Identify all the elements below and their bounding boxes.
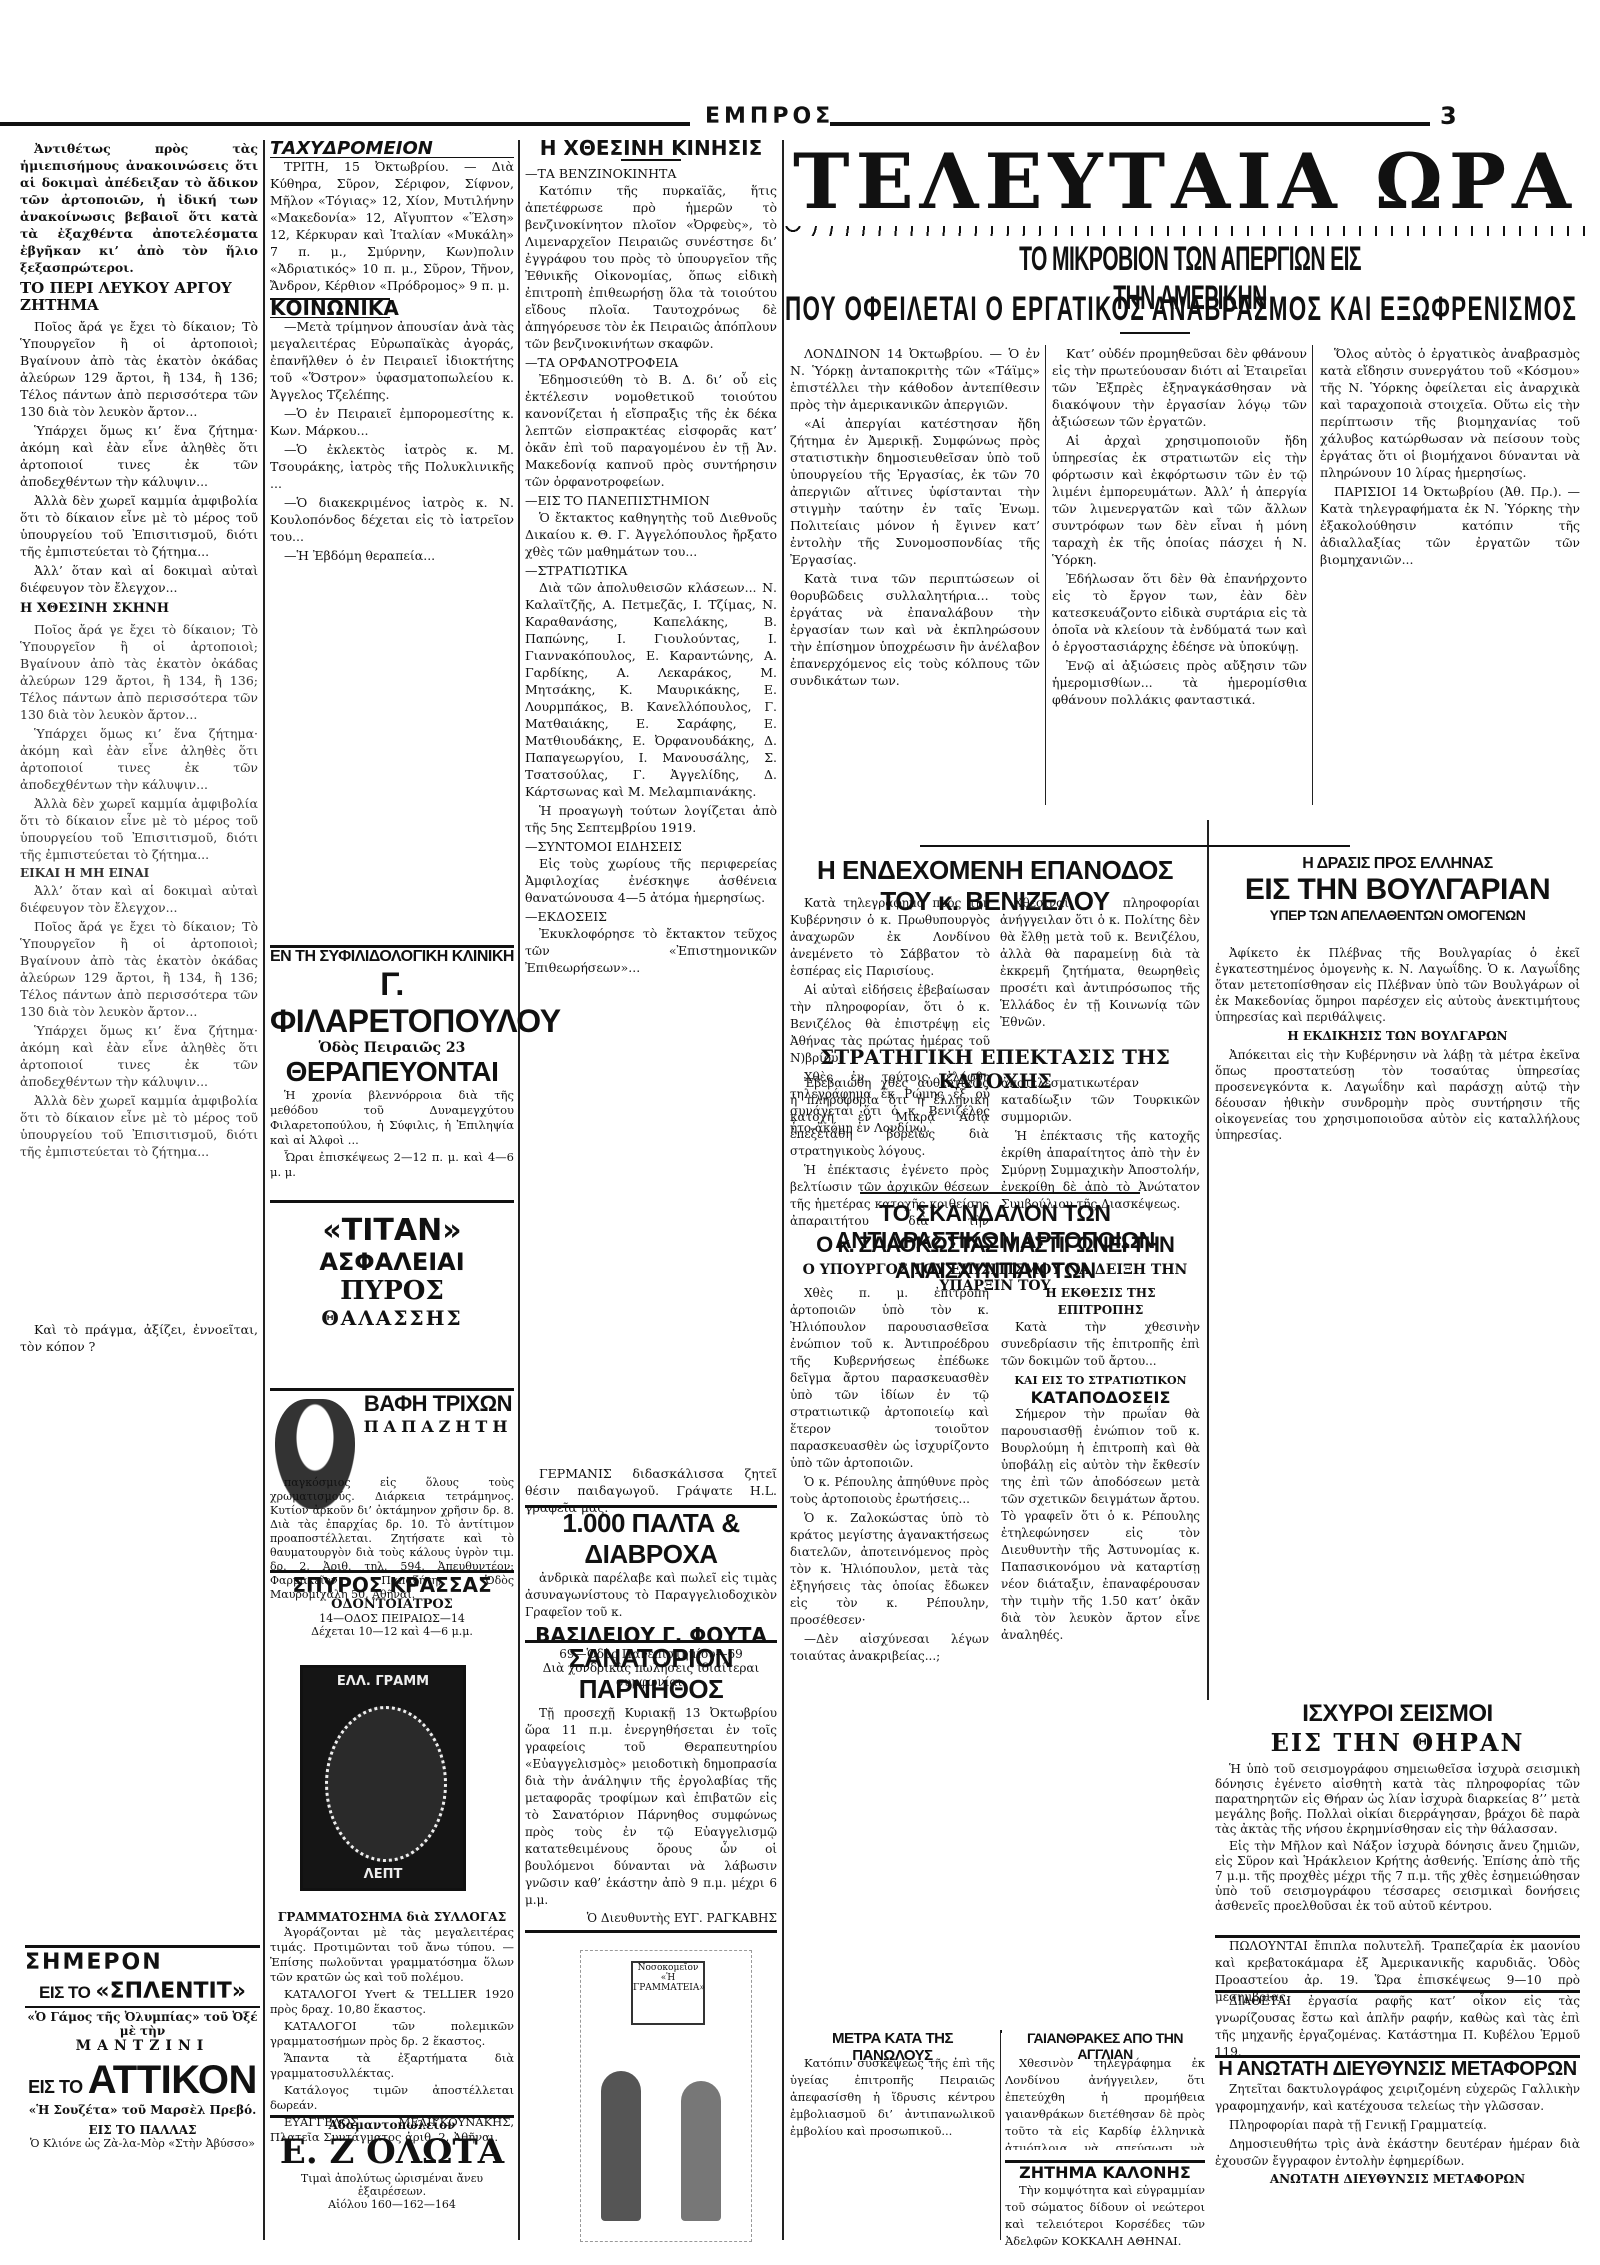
scandal-body: Χθὲς π. μ. ἐπιτροπὴ ἀρτοποιῶν ὑπὸ τὸν κ.… — [790, 1285, 1200, 1825]
corset-headline: ΖΗΤΗΜΑ ΚΑΛΟΝΗΣ — [1005, 2163, 1205, 2182]
closing-line: Καὶ τὸ πράγμα, ἀξίζει, ἐννοεῖται, τὸν κό… — [20, 1321, 258, 1355]
news-item: —ΣΤΡΑΤΙΩΤΙΚΑΔιὰ τῶν ἀπολυθεισῶν κλάσεων.… — [525, 562, 777, 836]
body-paragraph: Ἀλλ’ ὅταν καὶ αἱ δοκιμαὶ αὐταὶ διέφευγον… — [20, 562, 258, 596]
earthquake-headline: ΙΣΧΥΡΟΙ ΣΕΙΣΜΟΙ — [1215, 1700, 1580, 1728]
side-headline-misc: ΕΙΚΑΙ Η ΜΗ ΕΙΝΑΙ — [20, 865, 258, 882]
pallas-cinema: ΕΙΣ ΤΟ ΠΑΛΛΑΣ — [25, 2123, 260, 2137]
page-number: 3 — [1440, 102, 1457, 130]
newspaper-title: ΕΜΠΡΟΣ — [705, 104, 834, 129]
left-body-filler: Ποῖος ἄρά γε ἔχει τὸ δίκαιον; Τὸ Ὑπουργε… — [20, 621, 258, 1321]
attikon-ad: ΕΙΣ ΤΟ ΑΤΤΙΚΟΝ — [25, 2058, 260, 2103]
film-title: «Ὁ Γάμος τῆς Ὀλυμπίας» τοῦ Ὀξέ μὲ τὴν — [25, 2006, 260, 2038]
ornament-divider — [920, 845, 1350, 847]
news-item: —ΕΙΣ ΤΟ ΠΑΝΕΠΙΣΤΗΜΙΟΝὉ ἔκτακτος καθηγητὴ… — [525, 492, 777, 560]
jeweler-name: Ε. Ζ ΟΛΩΤΑ — [270, 2132, 514, 2172]
side-headline-scene: Η ΧΘΕΣΙΝΗ ΣΚΗΝΗ — [20, 600, 258, 617]
body-paragraph: Ποῖος ἄρά γε ἔχει τὸ δίκαιον; Τὸ Ὑπουργε… — [20, 318, 258, 420]
coats-title: 1.000 ΠΑΛΤΑ & ΔΙΑΒΡΟΧΑ — [525, 1508, 777, 1570]
corset-ad: ΖΗΤΗΜΑ ΚΑΛΟΝΗΣ Τὴν κομψότητα καὶ εὐγραμμ… — [1005, 2160, 1205, 2252]
hermes-head-icon — [325, 1706, 447, 1862]
post-office-heading: ΤΑΧΥΔΡΟΜΕΙΟΝ — [270, 140, 514, 158]
dentist-name: ΣΠΥΡΟΣ ΚΡΑΣΣΑΣ — [270, 1573, 514, 1597]
sanatorium-ad: ΣΑΝΑΤΟΡΙΟΝ ΠΑΡΝΗΘΟΣ Τῇ προσεχῇ Κυριακῇ 1… — [525, 1640, 777, 1925]
intro-paragraph: Ἀντιθέτως πρὸς τὰς ἡμιεπισήμους ἀνακοινώ… — [20, 140, 258, 276]
sanatorium-title: ΣΑΝΑΤΟΡΙΟΝ ΠΑΡΝΗΘΟΣ — [525, 1643, 777, 1705]
clinic-hours: Ὧραι ἐπισκέψεως 2—12 π. μ. καὶ 4—6 μ. μ. — [270, 1150, 514, 1180]
stamps-collector-ad: ΓΡΑΜΜΑΤΟΣΗΜΑ διὰ ΣΥΛΛΟΓΑΣ Ἀγοράζονται μὲ… — [270, 1910, 514, 2147]
last-hour-title: ΤΕΛΕΥΤΑΙΑ ΩΡΑ — [785, 140, 1585, 224]
hair-dye-title: ΒΑΦΗ ΤΡΙΧΩΝ — [362, 1391, 514, 1417]
cinema-ads: ΣΗΜΕΡΟΝ ΕΙΣ ΤΟ «ΣΠΛΕΝΤΙΤ» «Ὁ Γάμος τῆς Ὀ… — [25, 1950, 260, 2150]
post-office-schedule: ΤΡΙΤΗ, 15 Ὀκτωβρίου. — Διὰ Κύθηρα, Σῦρον… — [270, 158, 514, 294]
news-item: —ΤΑ ΟΡΦΑΝΟΤΡΟΦΕΙΑἘδημοσιεύθη τὸ Β. Δ. δι… — [525, 354, 777, 490]
column-divider — [1207, 820, 1209, 1700]
center-column: Η ΧΘΕΣΙΝΗ ΚΙΝΗΣΙΣ —ΤΑ ΒΕΝΖΙΝΟΚΙΝΗΤΑΚατόπ… — [525, 140, 777, 978]
hair-dye-brand: ΠΑΠΑΖΗΤΗ — [362, 1417, 514, 1436]
yesterday-activity-heading: Η ΧΘΕΣΙΝΗ ΚΙΝΗΣΙΣ — [525, 140, 777, 157]
news-item: —ΕΚΔΟΣΕΙΣἘκυκλοφόρησε τὸ ἔκτακτον τεῦχος… — [525, 908, 777, 976]
plague-body: Κατόπιν συσκέψεως τῆς ἐπὶ τῆς ὑγείας ἐπι… — [790, 2055, 995, 2235]
dentist-title: ΟΔΟΝΤΟΙΑΤΡΟΣ — [270, 1597, 514, 1612]
front-column-3: Ὅλος αὐτὸς ὁ ἐργατικὸς ἀναβρασμὸς κατὰ ε… — [1320, 345, 1580, 570]
left-column: Ἀντιθέτως πρὸς τὰς ἡμιεπισήμους ἀνακοινώ… — [20, 140, 258, 1357]
body-paragraph: Ὑπάρχει ὅμως κι’ ἕνα ζήτημα· ἀκόμη καὶ ἐ… — [20, 422, 258, 490]
earthquake-article: ΙΣΧΥΡΟΙ ΣΕΙΣΜΟΙ ΕΙΣ ΤΗΝ ΘΗΡΑΝ — [1215, 1700, 1580, 1757]
clinic-doctor: Γ. ΦΙΛΑΡΕΤΟΠΟΥΛΟΥ — [270, 966, 514, 1040]
column-divider — [263, 140, 265, 2240]
clinic-text: Ἡ χρονία βλεννόρροια διὰ τῆς μεθόδου τοῦ… — [270, 1088, 514, 1148]
social-item: —Μετὰ τρίμηνον ἀπουσίαν ἀνὰ τὰς μεγαλειτ… — [270, 318, 514, 403]
dentist-ad: ΣΠΥΡΟΣ ΚΡΑΣΣΑΣ ΟΔΟΝΤΟΙΑΤΡΟΣ 14—ΟΔΟΣ ΠΕΙΡ… — [270, 1570, 514, 1638]
jeweler-ad: Ἀδαμαντοπωλεῖον Ε. Ζ ΟΛΩΤΑ Τιμαὶ ἀπολύτω… — [270, 2115, 514, 2211]
front-column-1: ΛΟΝΔΙΝΟΝ 14 Ὀκτωβρίου. — Ὁ ἐν Ν. Ὑόρκῃ ἀ… — [790, 345, 1040, 691]
bulgaria-headline: ΕΙΣ ΤΗΝ ΒΟΥΛΓΑΡΙΑΝ — [1215, 873, 1580, 907]
earthquake-subheadline: ΕΙΣ ΤΗΝ ΘΗΡΑΝ — [1215, 1728, 1580, 1757]
divider — [25, 1945, 260, 1948]
divider — [525, 1930, 777, 1933]
classified-ad: ΔΙΑΘΕΤΑΙ ἐργασία ραφῆς κατ’ οἶκον εἰς τὰ… — [1215, 1990, 1580, 2063]
attikon-cinema: ΑΤΤΙΚΟΝ — [88, 2058, 257, 2102]
titan-insurance-ad: «ΤΙΤΑΝ» ΑΣΦΑΛΕΙΑΙ ΠΥΡΟΣ ΘΑΛΑΣΣΗΣ — [270, 1200, 514, 1330]
social-item: —Ἡ Ἐβδόμη θεραπεία... — [270, 547, 514, 564]
bulgaria-body: Ἀφίκετο ἐκ Πλέβνας τῆς Βουλγαρίας ὁ ἐκεῖ… — [1215, 945, 1580, 1145]
transport-headline: Η ΑΝΩΤΑΤΗ ΔΙΕΥΘΥΝΣΙΣ ΜΕΤΑΦΟΡΩΝ — [1215, 2058, 1580, 2081]
masthead-rule-left — [0, 122, 690, 126]
cartoon-sign: Νοσοκομεῖον «Ἡ ΓΡΑΜΜΑΤΕΙΑ» — [631, 1961, 705, 2025]
dentist-address: 14—ΟΔΟΣ ΠΕΙΡΑΙΩΣ—14 — [270, 1612, 514, 1625]
clinic-ad: ΕΝ ΤΗ ΣΥΦΙΛΙΔΟΛΟΓΙΚΗ ΚΛΙΝΙΚΗ Γ. ΦΙΛΑΡΕΤΟ… — [270, 945, 514, 1182]
coal-body: Χθεσινὸν τηλεγράφημα ἐκ Λονδίνου ἀνήγγει… — [1005, 2055, 1205, 2150]
clinic-address: Ὁδὸς Πειραιῶς 23 — [270, 1040, 514, 1056]
front-column-2: Κατ’ οὐδέν προμηθεῦσαι δὲν φθάνουν εἰς τ… — [1052, 345, 1307, 710]
column-divider — [782, 140, 784, 2240]
side-headline-bread: ΤΟ ΠΕΡΙ ΛΕΥΚΟΥ ΑΡΓΟΥ ΖΗΤΗΜΑ — [20, 280, 258, 314]
titan-name: «ΤΙΤΑΝ» — [270, 1213, 514, 1248]
social-item: —Ὁ διακεκριμένος ἰατρὸς κ. Ν. Κουλοπόνδο… — [270, 494, 514, 545]
cartoon-illustration: Νοσοκομεῖον «Ἡ ΓΡΑΜΜΑΤΕΙΑ» — [580, 1950, 752, 2242]
news-item: —ΣΥΝΤΟΜΟΙ ΕΙΔΗΣΕΙΣΕἰς τοὺς χωρίους τῆς π… — [525, 838, 777, 906]
news-item: —ΤΑ ΒΕΝΖΙΝΟΚΙΝΗΤΑΚατόπιν τῆς πυρκαϊᾶς, ἥ… — [525, 165, 777, 352]
clinic-heading: ΕΝ ΤΗ ΣΥΦΙΛΙΔΟΛΟΓΙΚΗ ΚΛΙΝΙΚΗ — [270, 948, 514, 966]
masthead-rule-right — [830, 122, 1430, 126]
social-item: —Ὁ ἐκλεκτὸς ἰατρὸς κ. Μ. Τσουράκης, ἰατρ… — [270, 441, 514, 492]
film-title: Ὁ Κλιόνε ὡς Ζὰ-λα-Μὸρ «Στὴν Ἀβύσσο» — [25, 2137, 260, 2150]
splendid-ad: ΕΙΣ ΤΟ «ΣΠΛΕΝΤΙΤ» — [25, 1979, 260, 2004]
decorative-wave-border — [785, 226, 1585, 236]
today-heading: ΣΗΜΕΡΟΝ — [25, 1950, 260, 1975]
earthquake-body: Ἡ ὑπὸ τοῦ σεισμογράφου σημειωθεῖσα ἰσχυρ… — [1215, 1762, 1580, 1916]
venizelos-col-2: Χθεσιναὶ πληροφορίαι ἀνήγγειλαν ὅτι ὁ κ.… — [1000, 895, 1200, 1033]
bulgaria-article: Η ΔΡΑΣΙΣ ΠΡΟΣ ΕΛΛΗΝΑΣ ΕΙΣ ΤΗΝ ΒΟΥΛΓΑΡΙΑΝ… — [1215, 855, 1580, 923]
column-divider — [518, 140, 520, 2240]
social-item: —Ὁ ἐν Πειραιεῖ ἐμπορομεσίτης κ. Κων. Μάρ… — [270, 405, 514, 439]
front-subheadline-2: ΠΟΥ ΟΦΕΙΛΕΤΑΙ Ο ΕΡΓΑΤΙΚΟΣ ΑΝΑΒΡΑΣΜΟΣ ΚΑΙ… — [785, 290, 1584, 329]
transport-ad: Η ΑΝΩΤΑΤΗ ΔΙΕΥΘΥΝΣΙΣ ΜΕΤΑΦΟΡΩΝ Ζητεῖται … — [1215, 2055, 1580, 2186]
film-title: «Ἡ Σουζέτα» τοῦ Μαρσὲλ Πρεβό. — [25, 2103, 260, 2117]
body-paragraph: Ἀλλὰ δὲν χωρεῖ καμμία ἀμφιβολία ὅτι τὸ δ… — [20, 492, 258, 560]
splendid-cinema: «ΣΠΛΕΝΤΙΤ» — [95, 1979, 246, 2004]
postage-stamp-image: ΕΛΛ. ΓΡΑΜΜ ΛΕΠΤ — [300, 1665, 466, 1891]
social-heading: ΚΟΙΝΩΝΙΚΑ — [270, 298, 390, 318]
middle-left-column: ΤΑΧΥΔΡΟΜΕΙΟΝ ΤΡΙΤΗ, 15 Ὀκτωβρίου. — Διὰ … — [270, 140, 514, 566]
cartoon-figure-icon — [681, 2081, 721, 2221]
dentist-hours: Δέχεται 10—12 καὶ 4—6 μ.μ. — [270, 1625, 514, 1638]
clinic-treats: ΘΕΡΑΠΕΥΟΝΤΑΙ — [270, 1056, 514, 1088]
star-name: ΜΑΝΤΖΙΝΙ — [25, 2038, 260, 2054]
cartoon-figure-icon — [601, 2071, 641, 2221]
masthead: ΕΜΠΡΟΣ 3 — [0, 100, 1600, 140]
